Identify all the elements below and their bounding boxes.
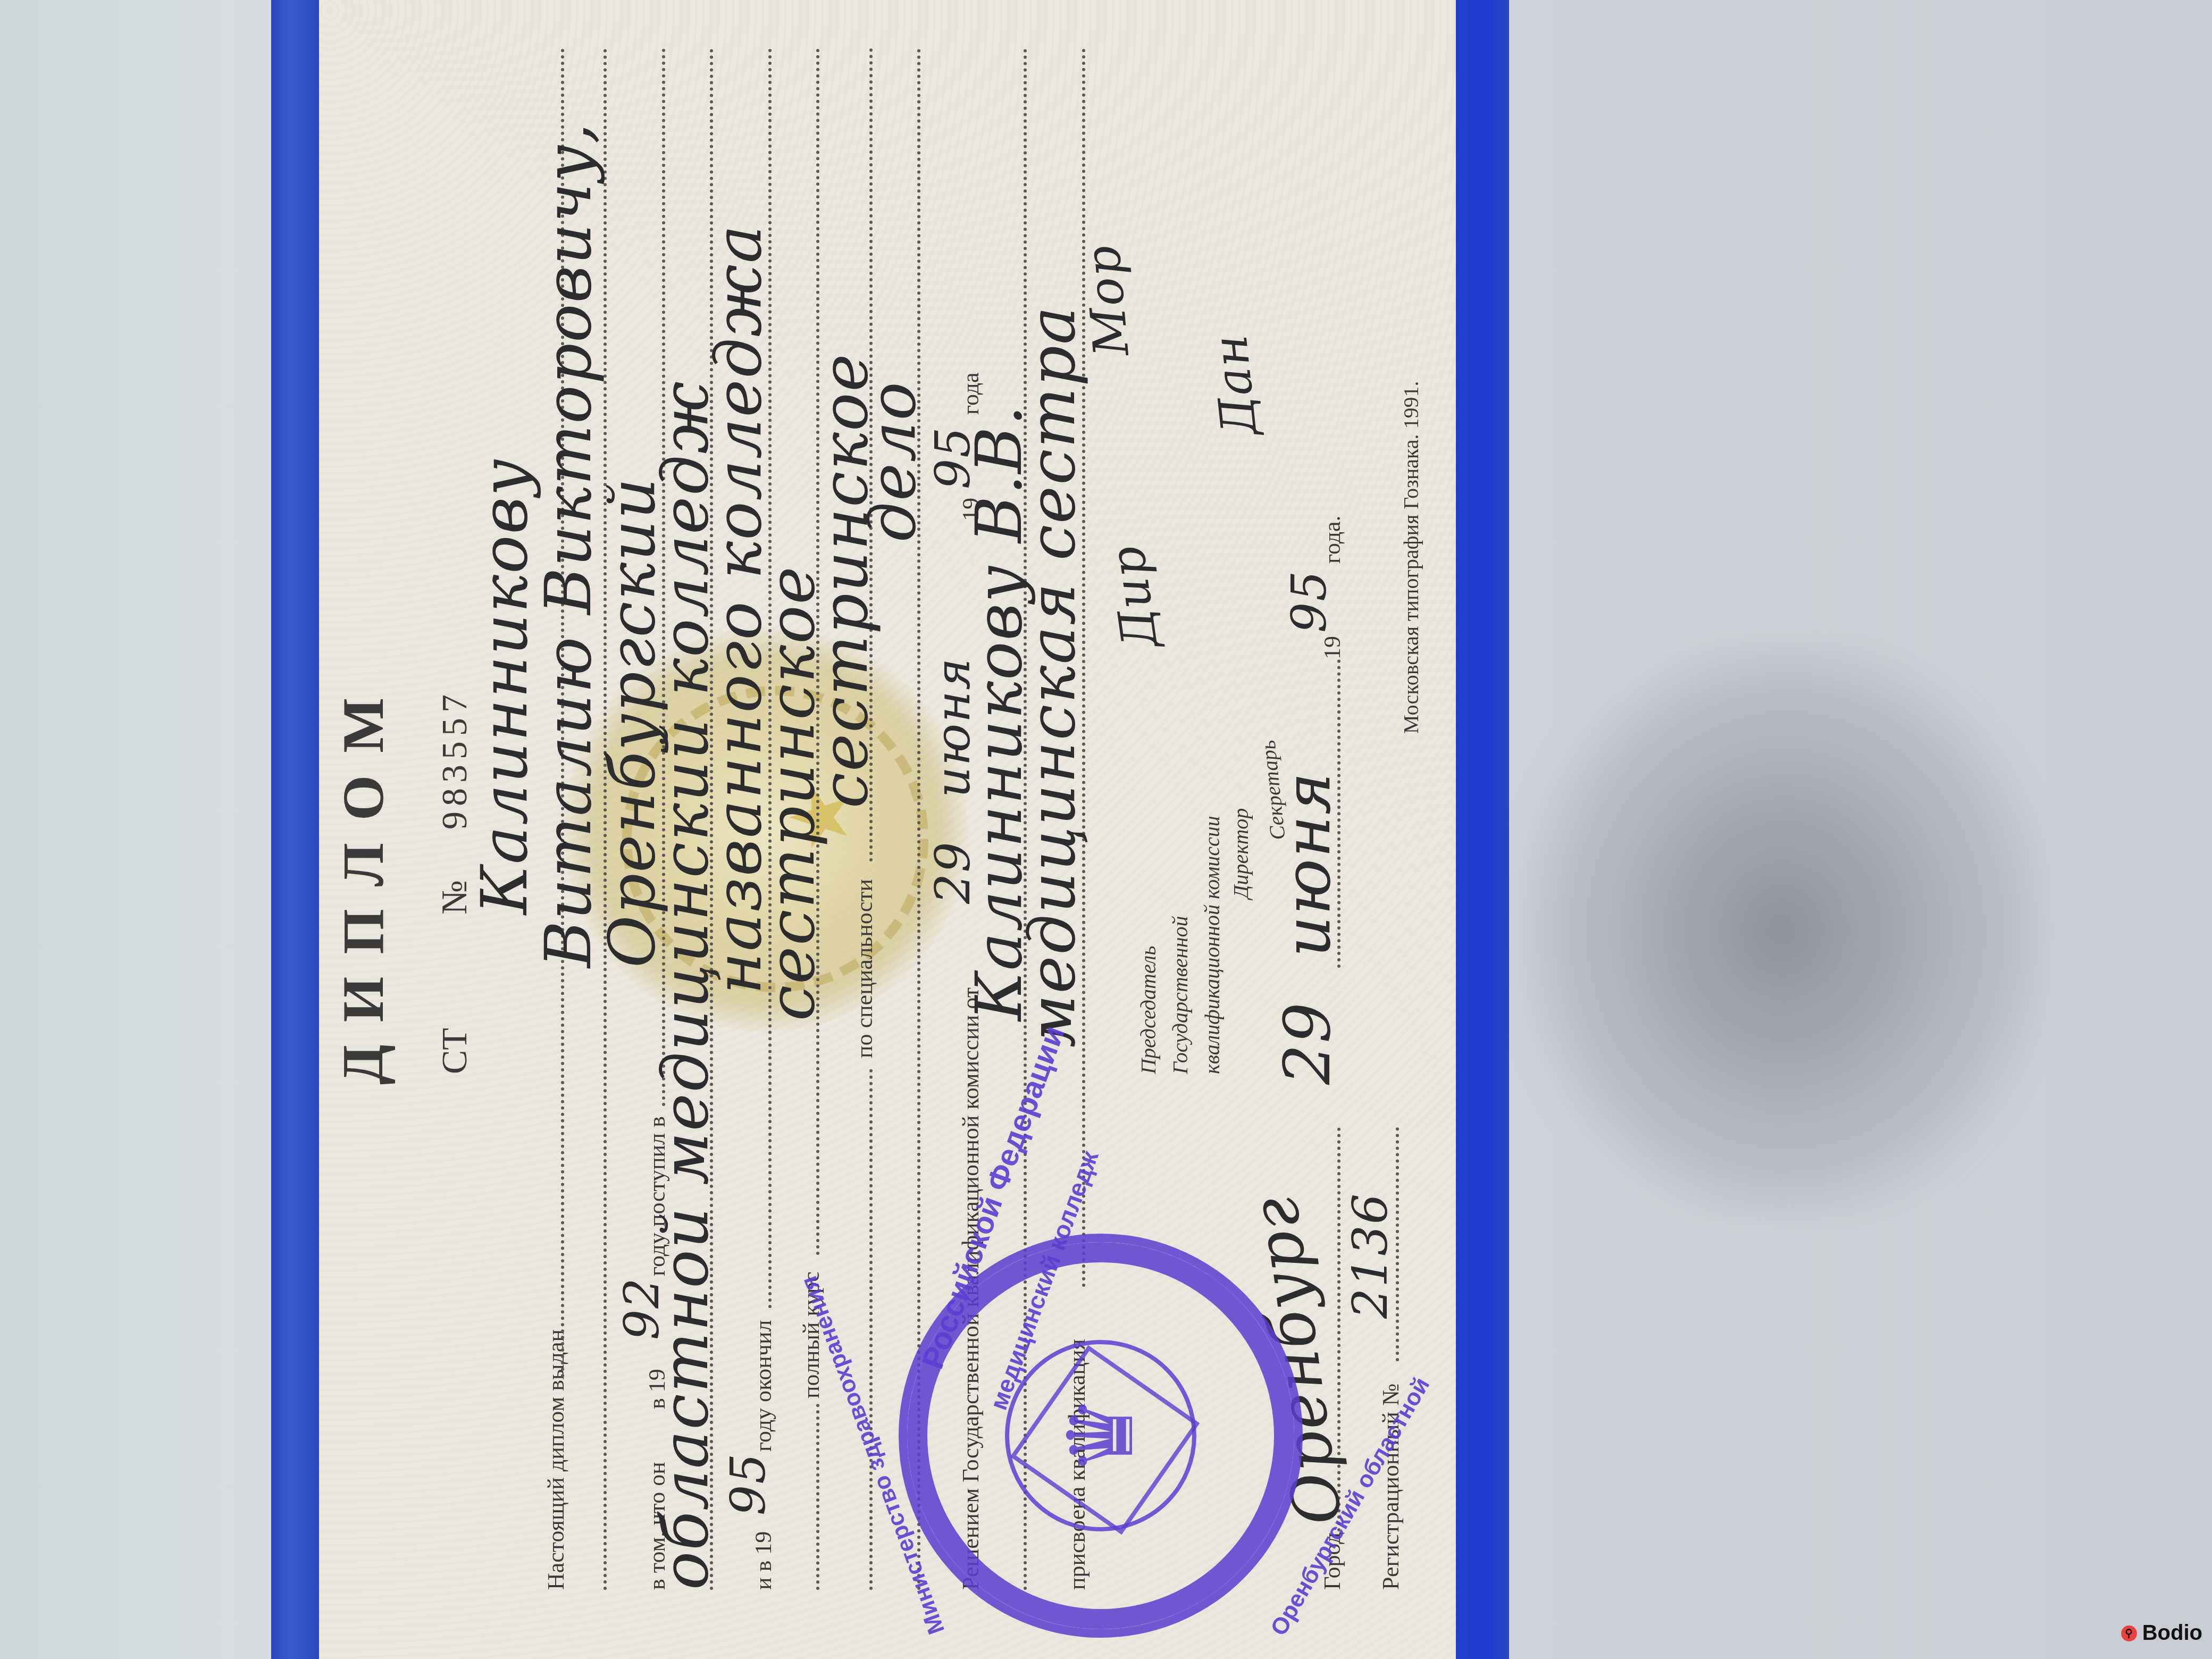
handwritten-specialty-line2: дело bbox=[856, 381, 930, 542]
handwritten-registration-number: 2136 bbox=[1343, 1193, 1398, 1319]
watermark-brand: Bodio bbox=[2142, 1621, 2202, 1645]
bodio-logo-icon: ⚲ bbox=[2121, 1626, 2137, 1641]
diploma-cover-edge-left bbox=[271, 0, 319, 1659]
series: СТ bbox=[433, 1028, 475, 1074]
handwritten-issue-day: 29 bbox=[1271, 1001, 1345, 1085]
document-title: ДИПЛОМ bbox=[330, 675, 397, 1085]
secretary-signature: Дан bbox=[1202, 331, 1268, 439]
label-date-19: 19 bbox=[1319, 636, 1346, 659]
label-specialty: по специальности bbox=[851, 879, 878, 1058]
handwritten-issue-month: июня bbox=[1271, 772, 1345, 957]
label-issued-to: Настоящий диплом выдан bbox=[542, 1329, 569, 1590]
double-headed-eagle-icon: ♛ bbox=[1049, 1395, 1154, 1476]
label-director: Директор bbox=[1228, 808, 1253, 899]
director-signature: Мор bbox=[1075, 242, 1140, 358]
label-chairman: Председатель Государственной квалификаци… bbox=[1133, 808, 1228, 1074]
printer-imprint: Московская типография Гознака. 1991. bbox=[1398, 381, 1423, 734]
handwritten-finished-year: 95 bbox=[720, 1452, 776, 1515]
chairman-signature: Дир bbox=[1099, 542, 1169, 652]
bodio-watermark: ⚲ Bodio bbox=[2121, 1621, 2202, 1645]
label-year-finished: году окончил bbox=[750, 1320, 777, 1452]
label-date-year-word: года. bbox=[1319, 515, 1346, 564]
diploma-cover-edge-right bbox=[1456, 0, 1509, 1659]
handwritten-qualification: медицинская сестра bbox=[1016, 306, 1090, 1048]
label-and-in-19: и в 19 bbox=[750, 1531, 777, 1590]
handwritten-surname: Калинникову bbox=[468, 458, 542, 915]
handwritten-name: Виталию Викторовичу, bbox=[532, 122, 606, 968]
table-shadow bbox=[1515, 638, 2047, 1223]
handwritten-issue-year: 95 bbox=[1281, 569, 1337, 633]
